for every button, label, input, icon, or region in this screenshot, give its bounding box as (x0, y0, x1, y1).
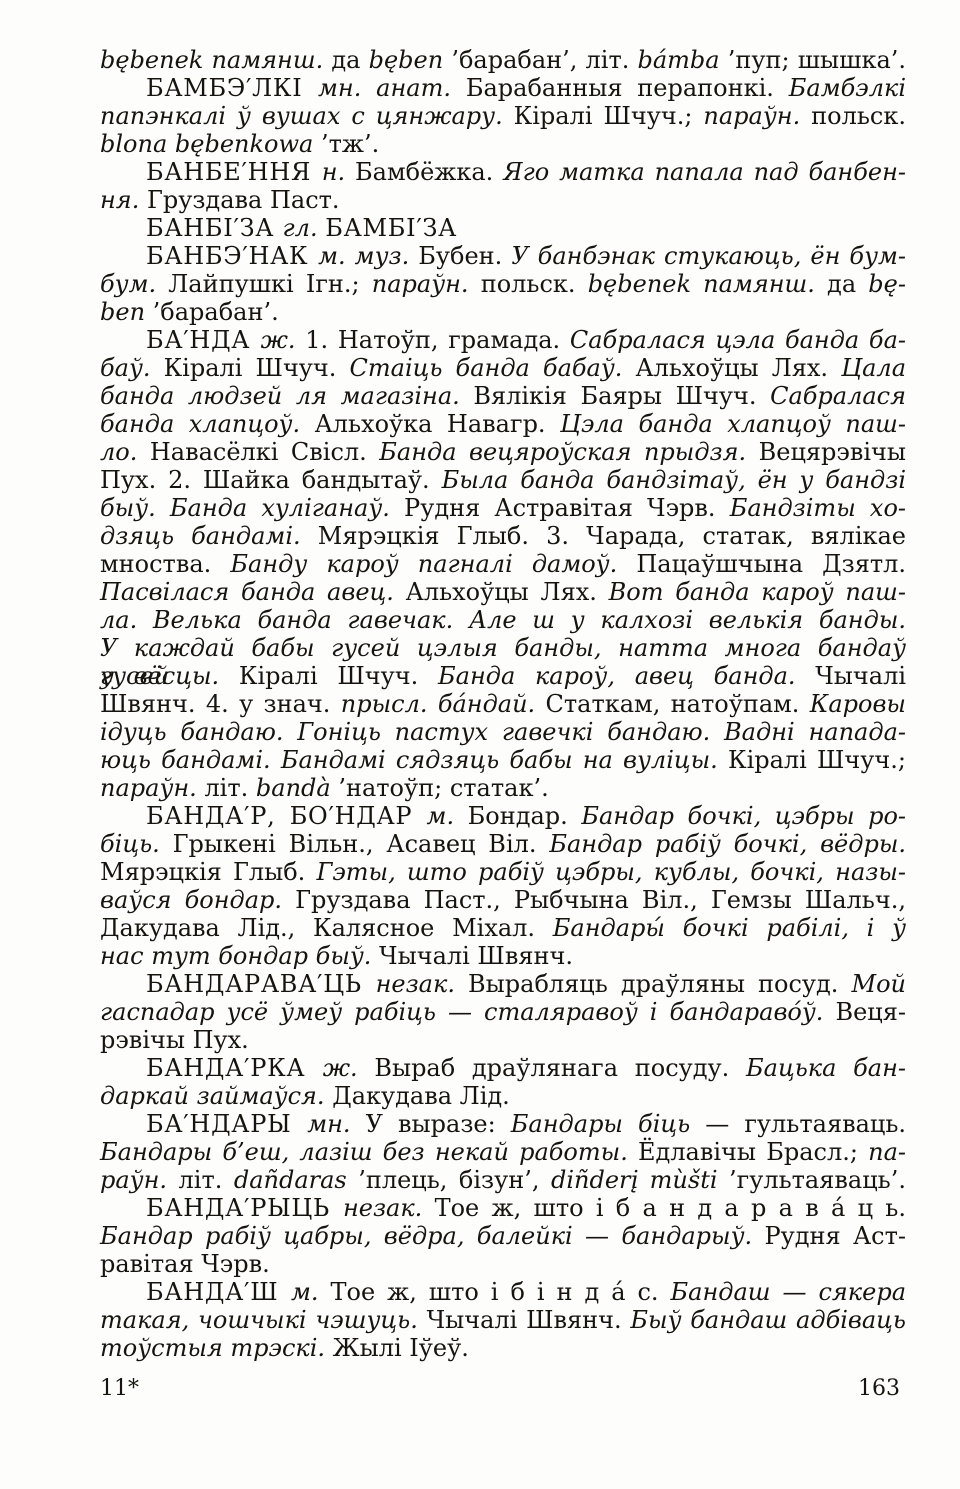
text-segment: Мярэцкія Глыб. 3. Чарада, статак, вяліка… (318, 522, 906, 550)
text-segment: Цала (841, 354, 906, 382)
text-segment: bandà (256, 774, 338, 802)
text-segment: Альхоўцы Лях. (636, 354, 842, 382)
text-line: банда людзей ля магазіна. Вялікія Баяры … (100, 382, 906, 410)
text-segment: Бамбэлкі (789, 74, 906, 102)
text-segment: Быў бандаш адбіваць (630, 1306, 906, 1334)
text-line: БА′НДАРЫ мн. У выразе: Бандары біць — гу… (100, 1110, 906, 1138)
text-line: раўн. літ. dañdaras ’плець, бізун’, diñd… (100, 1166, 906, 1194)
text-segment: ваўся бондар. (100, 886, 295, 914)
text-line: ідуць бандаю. Гоніць пастух гавечкі банд… (100, 718, 906, 746)
headword: БАНБЭ′НАК (146, 242, 318, 270)
text-block: bębenek памянш. да bęben ’барабан’, літ.… (100, 46, 906, 1362)
text-segment: Банду кароў пагналі дамоў. (230, 550, 636, 578)
text-segment: Кіралі Шчуч. (239, 662, 438, 690)
text-segment: параўн. (703, 102, 811, 130)
text-segment: тоўстыя трэскі. (100, 1334, 333, 1362)
text-line: такая, чошчыкі чэшуць. Чычалі Швянч. Быў… (100, 1306, 906, 1334)
text-line: нас тут бондар быў. Чычалі Швянч. (100, 942, 906, 970)
page-number: 163 (858, 1376, 900, 1402)
text-segment: dañdaras (234, 1166, 358, 1194)
text-segment: Бондар. (468, 802, 582, 830)
headword: БАНДА′Ш (146, 1278, 291, 1306)
text-segment: раўн. (100, 1166, 179, 1194)
text-segment: Лайпушкі Ігн.; (168, 270, 372, 298)
text-segment: Рудня Аст- (764, 1222, 906, 1250)
text-segment: Груздава Паст., Рыбчына Віл., Гемзы Шаль… (295, 886, 906, 914)
text-segment: дзяць бандамі. (100, 522, 318, 550)
text-segment: Мой (852, 970, 906, 998)
text-segment: Банда кароў, авец банда. (438, 662, 815, 690)
text-segment: да (331, 46, 368, 74)
text-line: юць бандамі. Бандамі сядзяць бабы на вул… (100, 746, 906, 774)
text-segment: мноства. (100, 550, 230, 578)
text-segment: Альхоўцы Лях. (406, 578, 609, 606)
text-segment: Банда вецяроўская прыдзя. (379, 438, 758, 466)
text-segment: Стаіць банда бабаў. (350, 354, 636, 382)
text-segment: Вырабляць драўляны посуд. (468, 970, 851, 998)
text-segment: Бандар бочкі, цэбры ро- (581, 802, 906, 830)
text-segment: Навасёлкі Свісл. (150, 438, 379, 466)
text-line: даркай займаўся. Дакудава Лід. (100, 1082, 906, 1110)
text-segment: Кіралі Шчуч. (164, 354, 350, 382)
text-segment: ла. Велька банда гавечак. Але ш у калхоз… (100, 606, 906, 634)
text-segment: Груздава Паст. (147, 186, 340, 214)
text-segment: Веця- (835, 998, 906, 1026)
text-line: Бандары б’еш, лазіш без некай работы. Ёд… (100, 1138, 906, 1166)
text-segment: банда хлапцоў. (100, 410, 315, 438)
text-segment: баў. (100, 354, 164, 382)
text-segment: Бандзіты хо- (730, 494, 906, 522)
text-line: Пух. 2. Шайка бандытаў. Была банда бандз… (100, 466, 906, 494)
text-segment: Бандары біць (511, 1110, 705, 1138)
text-segment: м. муз. (318, 242, 418, 270)
text-segment: Чычалі Швянч. (427, 1306, 631, 1334)
text-line: мноства. Банду кароў пагналі дамоў. Паца… (100, 550, 906, 578)
text-line: БАНБЕ′ННЯ н. Бамбёжка. Яго матка папала … (100, 158, 906, 186)
text-segment: н. (322, 158, 355, 186)
text-line: ло. Навасёлкі Свісл. Банда вецяроўская п… (100, 438, 906, 466)
text-segment: ’барабан’. (153, 298, 279, 326)
text-segment: У банбэнак стукаюць, ён бум- (511, 242, 906, 270)
text-segment: Кіралі Шчуч.; (514, 102, 704, 130)
text-line: папэнкалі ў вушах с цянжару. Кіралі Шчуч… (100, 102, 906, 130)
text-segment: Бамбёжка. (355, 158, 503, 186)
text-line: БАНДА′РКА ж. Выраб драўлянага посуду. Ба… (100, 1054, 906, 1082)
text-segment: Пацаўшчына Дзятл. (636, 550, 906, 578)
text-line: ня. Груздава Паст. (100, 186, 906, 214)
page-footer: 11* 163 (100, 1376, 900, 1402)
text-segment: Сабралася (770, 382, 906, 410)
text-segment: Пасвілася банда авец. (100, 578, 406, 606)
text-segment: літ. (179, 1166, 234, 1194)
text-line: у вёсцы. Кіралі Шчуч. Банда кароў, авец … (100, 662, 906, 690)
headword: БАМБІ′ЗА (325, 214, 457, 242)
dictionary-page: bębenek памянш. да bęben ’барабан’, літ.… (0, 0, 960, 1489)
text-segment: Бандар рабіў бочкі, вёдры. (549, 830, 906, 858)
headword: БА′НДАРЫ (146, 1110, 307, 1138)
text-segment: мн. анат. (318, 74, 466, 102)
text-segment: Вялікія Баяры Шчуч. (473, 382, 770, 410)
text-line: БАНДА′РЫЦЬ незак. Тое ж, што і б а н д а… (100, 1194, 906, 1222)
text-segment: гаспадар усё ўмеў рабіць — сталяравоў і … (100, 998, 835, 1026)
text-segment: Бандар рабіў цабры, вёдра, балейкі — бан… (100, 1222, 764, 1250)
text-segment: Цэла банда хлапцоў паш- (560, 410, 906, 438)
text-segment: Была банда бандзітаў, ён у бандзі (442, 466, 906, 494)
text-line: БАНДА′Ш м. Тое ж, што і б і н д а́ с. Ба… (100, 1278, 906, 1306)
text-line: bębenek памянш. да bęben ’барабан’, літ.… (100, 46, 906, 74)
text-segment: ’плець, бізун’, (358, 1166, 551, 1194)
text-segment: ідуць бандаю. Гоніць пастух гавечкі банд… (100, 718, 906, 746)
text-segment: blona bębenkowa (100, 130, 321, 158)
text-segment: параўн. (372, 270, 481, 298)
text-line: БАМБЭ′ЛКІ мн. анат. Барабанныя перапонкі… (100, 74, 906, 102)
text-segment: Кіралі Шчуч.; (728, 746, 906, 774)
text-segment: м. (291, 1278, 331, 1306)
text-segment: ’тж’. (321, 130, 379, 158)
text-segment: bámba (638, 46, 728, 74)
headword: БАМБЭ′ЛКІ (146, 74, 318, 102)
text-segment: рэвічы Пух. (100, 1026, 249, 1054)
text-segment: bębenek памянш. (100, 46, 331, 74)
text-segment: Барабанныя перапонкі. (466, 74, 789, 102)
text-segment: Жылі Іўеў. (333, 1334, 469, 1362)
text-segment: diñderį mùšti (551, 1166, 729, 1194)
text-segment: Чычалі (815, 662, 906, 690)
text-segment: ’пуп; шышка’. (728, 46, 906, 74)
text-segment: такая, чошчыкі чэшуць. (100, 1306, 427, 1334)
text-segment: ж. (261, 326, 306, 354)
text-segment: Швянч. 4. у знач. (100, 690, 341, 718)
text-segment: нас тут бондар быў. (100, 942, 379, 970)
text-segment: папэнкалі ў вушах с цянжару. (100, 102, 514, 130)
text-segment: ’натоўп; статак’. (338, 774, 548, 802)
text-line: ваўся бондар. Груздава Паст., Рыбчына Ві… (100, 886, 906, 914)
text-segment: у вёсцы. (100, 662, 239, 690)
text-segment: Бандары б’еш, лазіш без некай работы. (100, 1138, 638, 1166)
text-segment: польск. (481, 270, 588, 298)
text-line: параўн. літ. bandà ’натоўп; статак’. (100, 774, 906, 802)
text-line: Бандар рабіў цабры, вёдра, балейкі — бан… (100, 1222, 906, 1250)
text-segment: ж. (323, 1054, 375, 1082)
text-segment: мн. (307, 1110, 365, 1138)
text-segment: Вецярэвічы (759, 438, 906, 466)
text-segment: па- (868, 1138, 906, 1166)
text-segment: Дакудава Лід. (332, 1082, 510, 1110)
headword: БАНДА′РЫЦЬ (146, 1194, 343, 1222)
text-segment: У выразе: (366, 1110, 511, 1138)
text-segment: Ёдлавічы Брасл.; (638, 1138, 868, 1166)
text-segment: прысл. ба́ндай. (341, 690, 546, 718)
text-segment: Каровы (810, 690, 906, 718)
text-segment: да (827, 270, 868, 298)
text-segment: банда людзей ля магазіна. (100, 382, 473, 410)
text-line: БАНДА′Р, БО′НДАР м. Бондар. Бандар бочкі… (100, 802, 906, 830)
text-segment: Статкам, натоўпам. (546, 690, 810, 718)
text-line: blona bębenkowa ’тж’. (100, 130, 906, 158)
text-segment: Вот банда кароў паш- (609, 578, 906, 606)
text-line: Мярэцкія Глыб. Гэты, што рабіў цэбры, ку… (100, 858, 906, 886)
text-segment: Сабралася цэла банда ба- (570, 326, 906, 354)
text-line: БА′НДА ж. 1. Натоўп, грамада. Сабралася … (100, 326, 906, 354)
text-segment: Выраб драўлянага посуду. (374, 1054, 746, 1082)
text-line: ла. Велька банда гавечак. Але ш у калхоз… (100, 606, 906, 634)
text-line: баў. Кіралі Шчуч. Стаіць банда бабаў. Ал… (100, 354, 906, 382)
text-line: БАНБІ′ЗА гл. БАМБІ′ЗА (100, 214, 906, 242)
text-segment: bęben (369, 46, 452, 74)
text-segment: Грыкені Вільн., Асавец Віл. (173, 830, 550, 858)
text-segment: Бандары́ бочкі рабілі, і ў (553, 914, 906, 942)
headword: БАНДАРАВА′ЦЬ (146, 970, 376, 998)
text-segment: Альхоўка Навагр. (315, 410, 560, 438)
text-line: ben ’барабан’. (100, 298, 906, 326)
headword: БАНДА′РКА (146, 1054, 323, 1082)
text-segment: bębenek памянш. (588, 270, 827, 298)
text-line: Швянч. 4. у знач. прысл. ба́ндай. Статка… (100, 690, 906, 718)
text-segment: незак. (376, 970, 468, 998)
text-segment: Мярэцкія Глыб. (100, 858, 316, 886)
headword: БАНДА′Р, БО′НДАР (146, 802, 427, 830)
text-segment: Тое ж, што і б і н д а́ с. (331, 1278, 671, 1306)
text-segment: Яго матка папала пад банбен- (503, 158, 906, 186)
text-segment: 1. Натоўп, грамада. (305, 326, 570, 354)
text-segment: ben (100, 298, 153, 326)
text-line: рэвічы Пух. (100, 1026, 906, 1054)
text-segment: юць бандамі. Бандамі сядзяць бабы на вул… (100, 746, 728, 774)
text-line: біць. Грыкені Вільн., Асавец Віл. Бандар… (100, 830, 906, 858)
text-line: банда хлапцоў. Альхоўка Навагр. Цэла бан… (100, 410, 906, 438)
text-segment: біць. (100, 830, 173, 858)
text-segment: Гэты, што рабіў цэбры, кублы, бочкі, наз… (316, 858, 906, 886)
text-segment: — гультаяваць. (705, 1110, 906, 1138)
text-line: равітая Чэрв. (100, 1250, 906, 1278)
text-segment: Дакудава Лід., Калясное Міхал. (100, 914, 553, 942)
signature-mark: 11* (100, 1376, 139, 1402)
text-segment: ло. (100, 438, 150, 466)
text-segment: незак. (343, 1194, 435, 1222)
text-segment: Чычалі Швянч. (379, 942, 573, 970)
text-segment: Рудня Астравітая Чэрв. (404, 494, 730, 522)
text-line: Дакудава Лід., Калясное Міхал. Бандары́ … (100, 914, 906, 942)
text-segment: літ. (204, 774, 255, 802)
text-line: тоўстыя трэскі. Жылі Іўеў. (100, 1334, 906, 1362)
text-segment: параўн. (100, 774, 204, 802)
text-line: БАНДАРАВА′ЦЬ незак. Вырабляць драўляны п… (100, 970, 906, 998)
headword: БА′НДА (146, 326, 261, 354)
text-line: гаспадар усё ўмеў рабіць — сталяравоў і … (100, 998, 906, 1026)
text-segment: быў. Банда хуліганаў. (100, 494, 404, 522)
text-segment: гл. (283, 214, 326, 242)
text-segment: ’гультаяваць’. (729, 1166, 906, 1194)
text-segment: Бандаш — сякера (671, 1278, 906, 1306)
text-segment: Тое ж, што і б а н д а р а в а́ ц ь. (435, 1194, 906, 1222)
text-segment: польск. (811, 102, 906, 130)
text-segment: Бацька бан- (746, 1054, 906, 1082)
text-segment: Бубен. (418, 242, 511, 270)
headword: БАНБІ′ЗА (146, 214, 283, 242)
text-line: быў. Банда хуліганаў. Рудня Астравітая Ч… (100, 494, 906, 522)
text-segment: Пух. 2. Шайка бандытаў. (100, 466, 442, 494)
text-segment: ня. (100, 186, 147, 214)
text-segment: даркай займаўся. (100, 1082, 332, 1110)
text-line: БАНБЭ′НАК м. муз. Бубен. У банбэнак стук… (100, 242, 906, 270)
text-segment: м. (427, 802, 468, 830)
text-segment: равітая Чэрв. (100, 1250, 270, 1278)
text-line: дзяць бандамі. Мярэцкія Глыб. 3. Чарада,… (100, 522, 906, 550)
text-line: бум. Лайпушкі Ігн.; параўн. польск. bębe… (100, 270, 906, 298)
text-segment: бум. (100, 270, 168, 298)
text-line: Пасвілася банда авец. Альхоўцы Лях. Вот … (100, 578, 906, 606)
headword: БАНБЕ′ННЯ (146, 158, 322, 186)
text-segment: ’барабан’, літ. (451, 46, 637, 74)
text-segment: bę- (868, 270, 906, 298)
text-line: У каждай бабы гусей цэлыя банды, натта м… (100, 634, 906, 662)
